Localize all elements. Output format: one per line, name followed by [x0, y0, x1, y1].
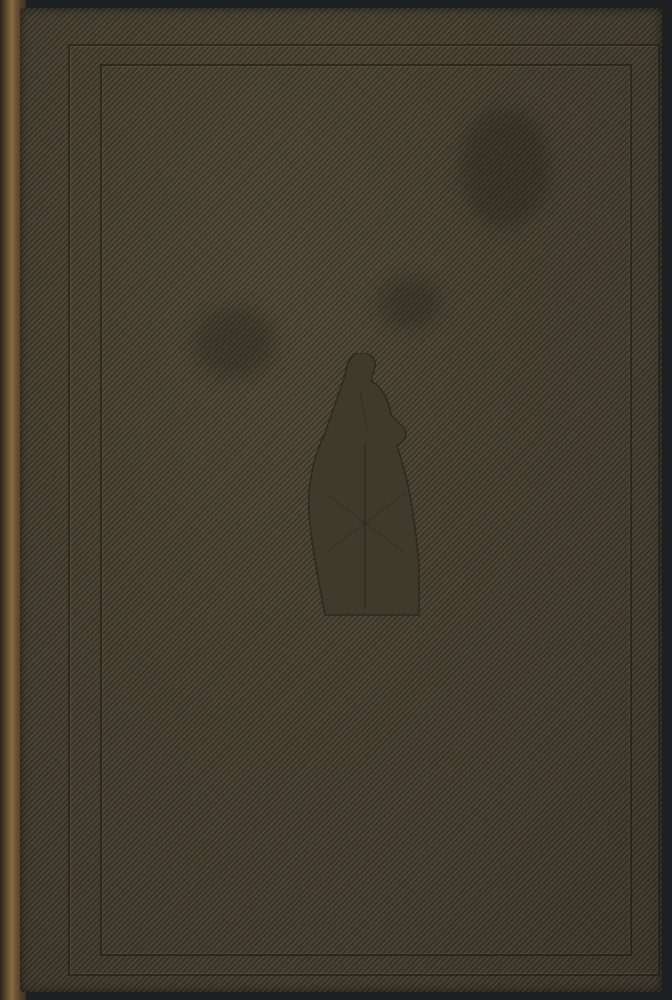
stain	[380, 278, 440, 328]
book-cover	[20, 8, 662, 992]
central-figure-emblem	[305, 353, 430, 623]
stain	[460, 108, 550, 228]
stain	[195, 308, 275, 378]
